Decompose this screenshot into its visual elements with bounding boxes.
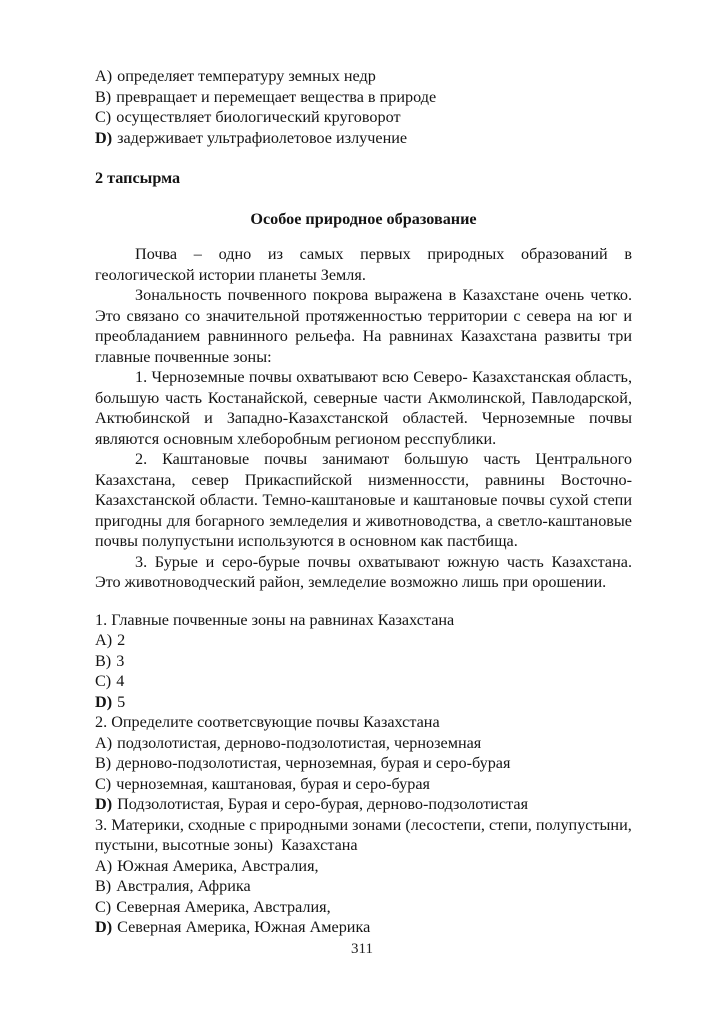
option-letter: D): [95, 693, 112, 711]
answer-option-b: B)Австралия, Африка: [95, 876, 632, 897]
option-letter: C): [95, 108, 111, 126]
answer-option-a: A)Южная Америка, Австралия,: [95, 856, 632, 877]
option-text: подзолотистая, дерново-подзолотистая, че…: [117, 734, 481, 752]
task-heading: 2 тапсырма: [95, 168, 632, 189]
option-text: определяет температуру земных недр: [117, 67, 376, 85]
option-letter: C): [95, 672, 111, 690]
option-letter: B): [95, 88, 111, 106]
option-letter: B): [95, 877, 111, 895]
option-letter: B): [95, 652, 111, 670]
answer-option-c: C)Северная Америка, Австралия,: [95, 897, 632, 918]
option-text: Северная Америка, Австралия,: [116, 898, 330, 916]
page-content: A)определяет температуру земных недр B)п…: [0, 0, 724, 938]
option-text: 2: [117, 631, 125, 649]
answer-option-a: A)2: [95, 630, 632, 651]
article-paragraph-3: 1. Черноземные почвы охватывают всю Севе…: [95, 367, 632, 449]
article-paragraph-4: 2. Каштановые почвы занимают большую час…: [95, 449, 632, 552]
question-1: 1. Главные почвенные зоны на равнинах Ка…: [95, 610, 632, 713]
option-text: превращает и перемещает вещества в приро…: [116, 88, 436, 106]
option-text: Южная Америка, Австралия,: [117, 857, 318, 875]
document-page: A)определяет температуру земных недр B)п…: [0, 0, 724, 1024]
option-text: 3: [116, 652, 124, 670]
option-letter: D): [95, 129, 112, 147]
option-letter: A): [95, 631, 112, 649]
question-stem: 2. Определите соответсвующие почвы Казах…: [95, 712, 632, 733]
option-letter: A): [95, 734, 112, 752]
option-text: Северная Америка, Южная Америка: [117, 918, 370, 936]
option-letter: C): [95, 775, 111, 793]
answer-option-d: D)задерживает ультрафиолетовое излучение: [95, 128, 632, 149]
option-letter: A): [95, 857, 112, 875]
article-title: Особое природное образование: [95, 209, 632, 230]
option-text: Подзолотистая, Бурая и серо-бурая, дерно…: [117, 795, 528, 813]
answer-option-c: C)черноземная, каштановая, бурая и серо-…: [95, 774, 632, 795]
answer-option-d: D)Подзолотистая, Бурая и серо-бурая, дер…: [95, 794, 632, 815]
option-letter: C): [95, 898, 111, 916]
option-text: дерново-подзолотистая, черноземная, бура…: [116, 754, 510, 772]
answer-option-b: B)3: [95, 651, 632, 672]
article-paragraph-1: Почва – одно из самых первых природных о…: [95, 244, 632, 285]
answer-option-b: B)дерново-подзолотистая, черноземная, бу…: [95, 753, 632, 774]
top-answer-options-block: A)определяет температуру земных недр B)п…: [95, 66, 632, 148]
option-letter: B): [95, 754, 111, 772]
answer-option-d: D)5: [95, 692, 632, 713]
page-number: 311: [0, 939, 724, 960]
article-paragraph-2: Зональность почвенного покрова выражена …: [95, 285, 632, 367]
option-text: осуществляет биологический круговорот: [116, 108, 400, 126]
answer-option-c: C)4: [95, 671, 632, 692]
option-text: 5: [117, 693, 125, 711]
option-letter: A): [95, 67, 112, 85]
option-text: 4: [116, 672, 124, 690]
option-text: Австралия, Африка: [116, 877, 251, 895]
answer-option-a: A)подзолотистая, дерново-подзолотистая, …: [95, 733, 632, 754]
answer-option-a: A)определяет температуру земных недр: [95, 66, 632, 87]
question-stem: 1. Главные почвенные зоны на равнинах Ка…: [95, 610, 632, 631]
option-letter: D): [95, 918, 112, 936]
answer-option-c: C)осуществляет биологический круговорот: [95, 107, 632, 128]
question-2: 2. Определите соответсвующие почвы Казах…: [95, 712, 632, 815]
option-text: черноземная, каштановая, бурая и серо-бу…: [116, 775, 430, 793]
article-paragraph-5: 3. Бурые и серо-бурые почвы охватывают ю…: [95, 552, 632, 593]
questions-block: 1. Главные почвенные зоны на равнинах Ка…: [95, 610, 632, 938]
question-stem: 3. Материки, сходные с природными зонами…: [95, 815, 632, 856]
answer-option-b: B)превращает и перемещает вещества в при…: [95, 87, 632, 108]
answer-option-d: D)Северная Америка, Южная Америка: [95, 917, 632, 938]
option-text: задерживает ультрафиолетовое излучение: [117, 129, 407, 147]
question-3: 3. Материки, сходные с природными зонами…: [95, 815, 632, 938]
option-letter: D): [95, 795, 112, 813]
